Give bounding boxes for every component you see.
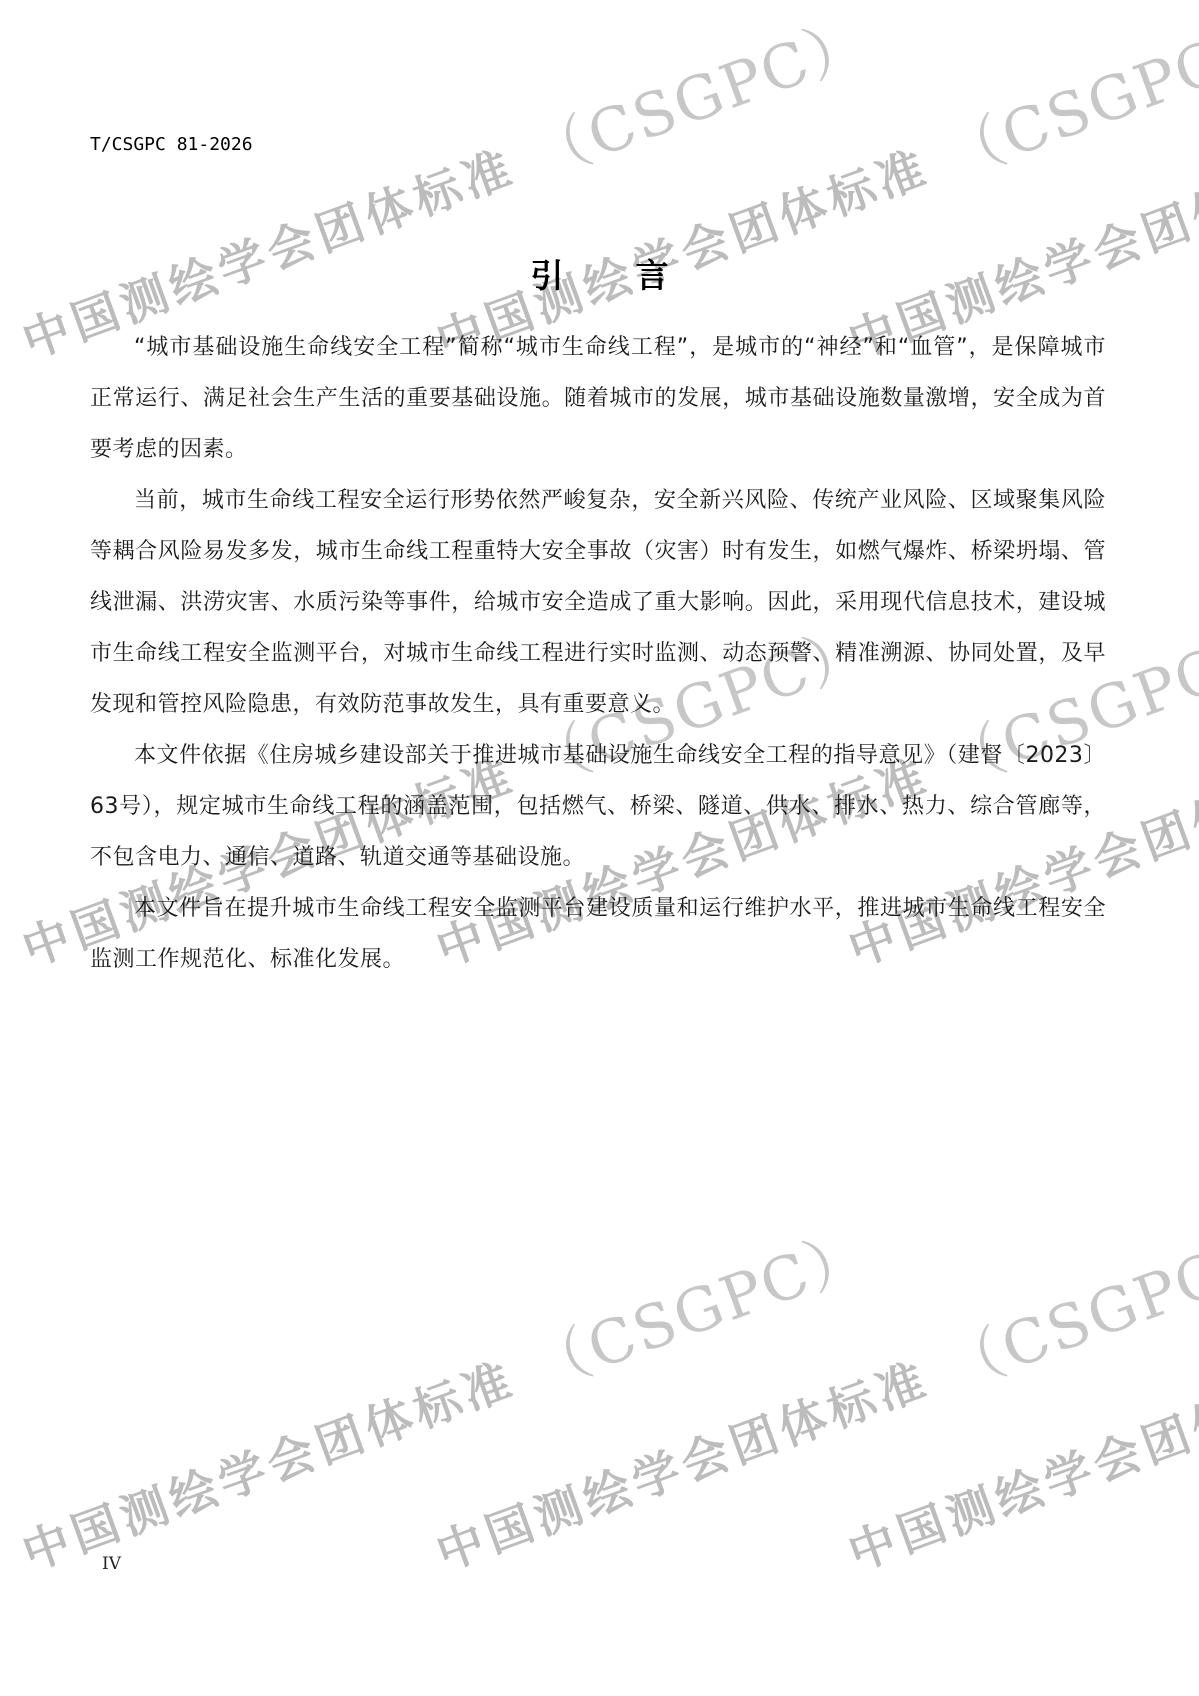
watermark-cn-text: 中国测绘学会团体标准 bbox=[12, 1342, 524, 1583]
document-page: 中国测绘学会团体标准 （CSGPC） 中国测绘学会团体标准 （CSGPC） 中国… bbox=[0, 0, 1199, 1696]
page-number: IV bbox=[102, 1554, 121, 1574]
paragraph: 本文件依据《住房城乡建设部关于推进城市基础设施生命线安全工程的指导意见》（建督〔… bbox=[90, 730, 1106, 883]
paragraph: 本文件旨在提升城市生命线工程安全监测平台建设质量和运行维护水平，推进城市生命线工… bbox=[90, 883, 1106, 985]
watermark-en-text: （CSGPC） bbox=[930, 1205, 1199, 1407]
watermark: 中国测绘学会团体标准 （CSGPC） bbox=[423, 1205, 1199, 1592]
watermark: 中国测绘学会团体标准 （CSGPC） bbox=[9, 1205, 880, 1592]
watermark-cn-text: 中国测绘学会团体标准 bbox=[426, 1342, 938, 1583]
paragraph: 当前，城市生命线工程安全运行形势依然严峻复杂，安全新兴风险、传统产业风险、区域聚… bbox=[90, 475, 1106, 730]
paragraph: “城市基础设施生命线安全工程”简称“城市生命线工程”，是城市的“神经”和“血管”… bbox=[90, 322, 1106, 475]
watermark-en-text: （CSGPC） bbox=[516, 0, 879, 195]
page-title-char-1: 引 bbox=[531, 256, 564, 295]
page-title-char-2: 言 bbox=[636, 256, 669, 295]
watermark-en-text: （CSGPC） bbox=[930, 0, 1199, 195]
watermark: 中国测绘学会团体标准 （CSGPC） bbox=[835, 1205, 1199, 1592]
watermark-en-text: （CSGPC） bbox=[516, 1205, 879, 1407]
page-title: 引言 bbox=[0, 250, 1199, 297]
doc-number: T/CSGPC 81-2026 bbox=[90, 134, 253, 155]
body-text: “城市基础设施生命线安全工程”简称“城市生命线工程”，是城市的“神经”和“血管”… bbox=[90, 322, 1106, 985]
watermark-cn-text: 中国测绘学会团体标准 bbox=[838, 1342, 1199, 1583]
